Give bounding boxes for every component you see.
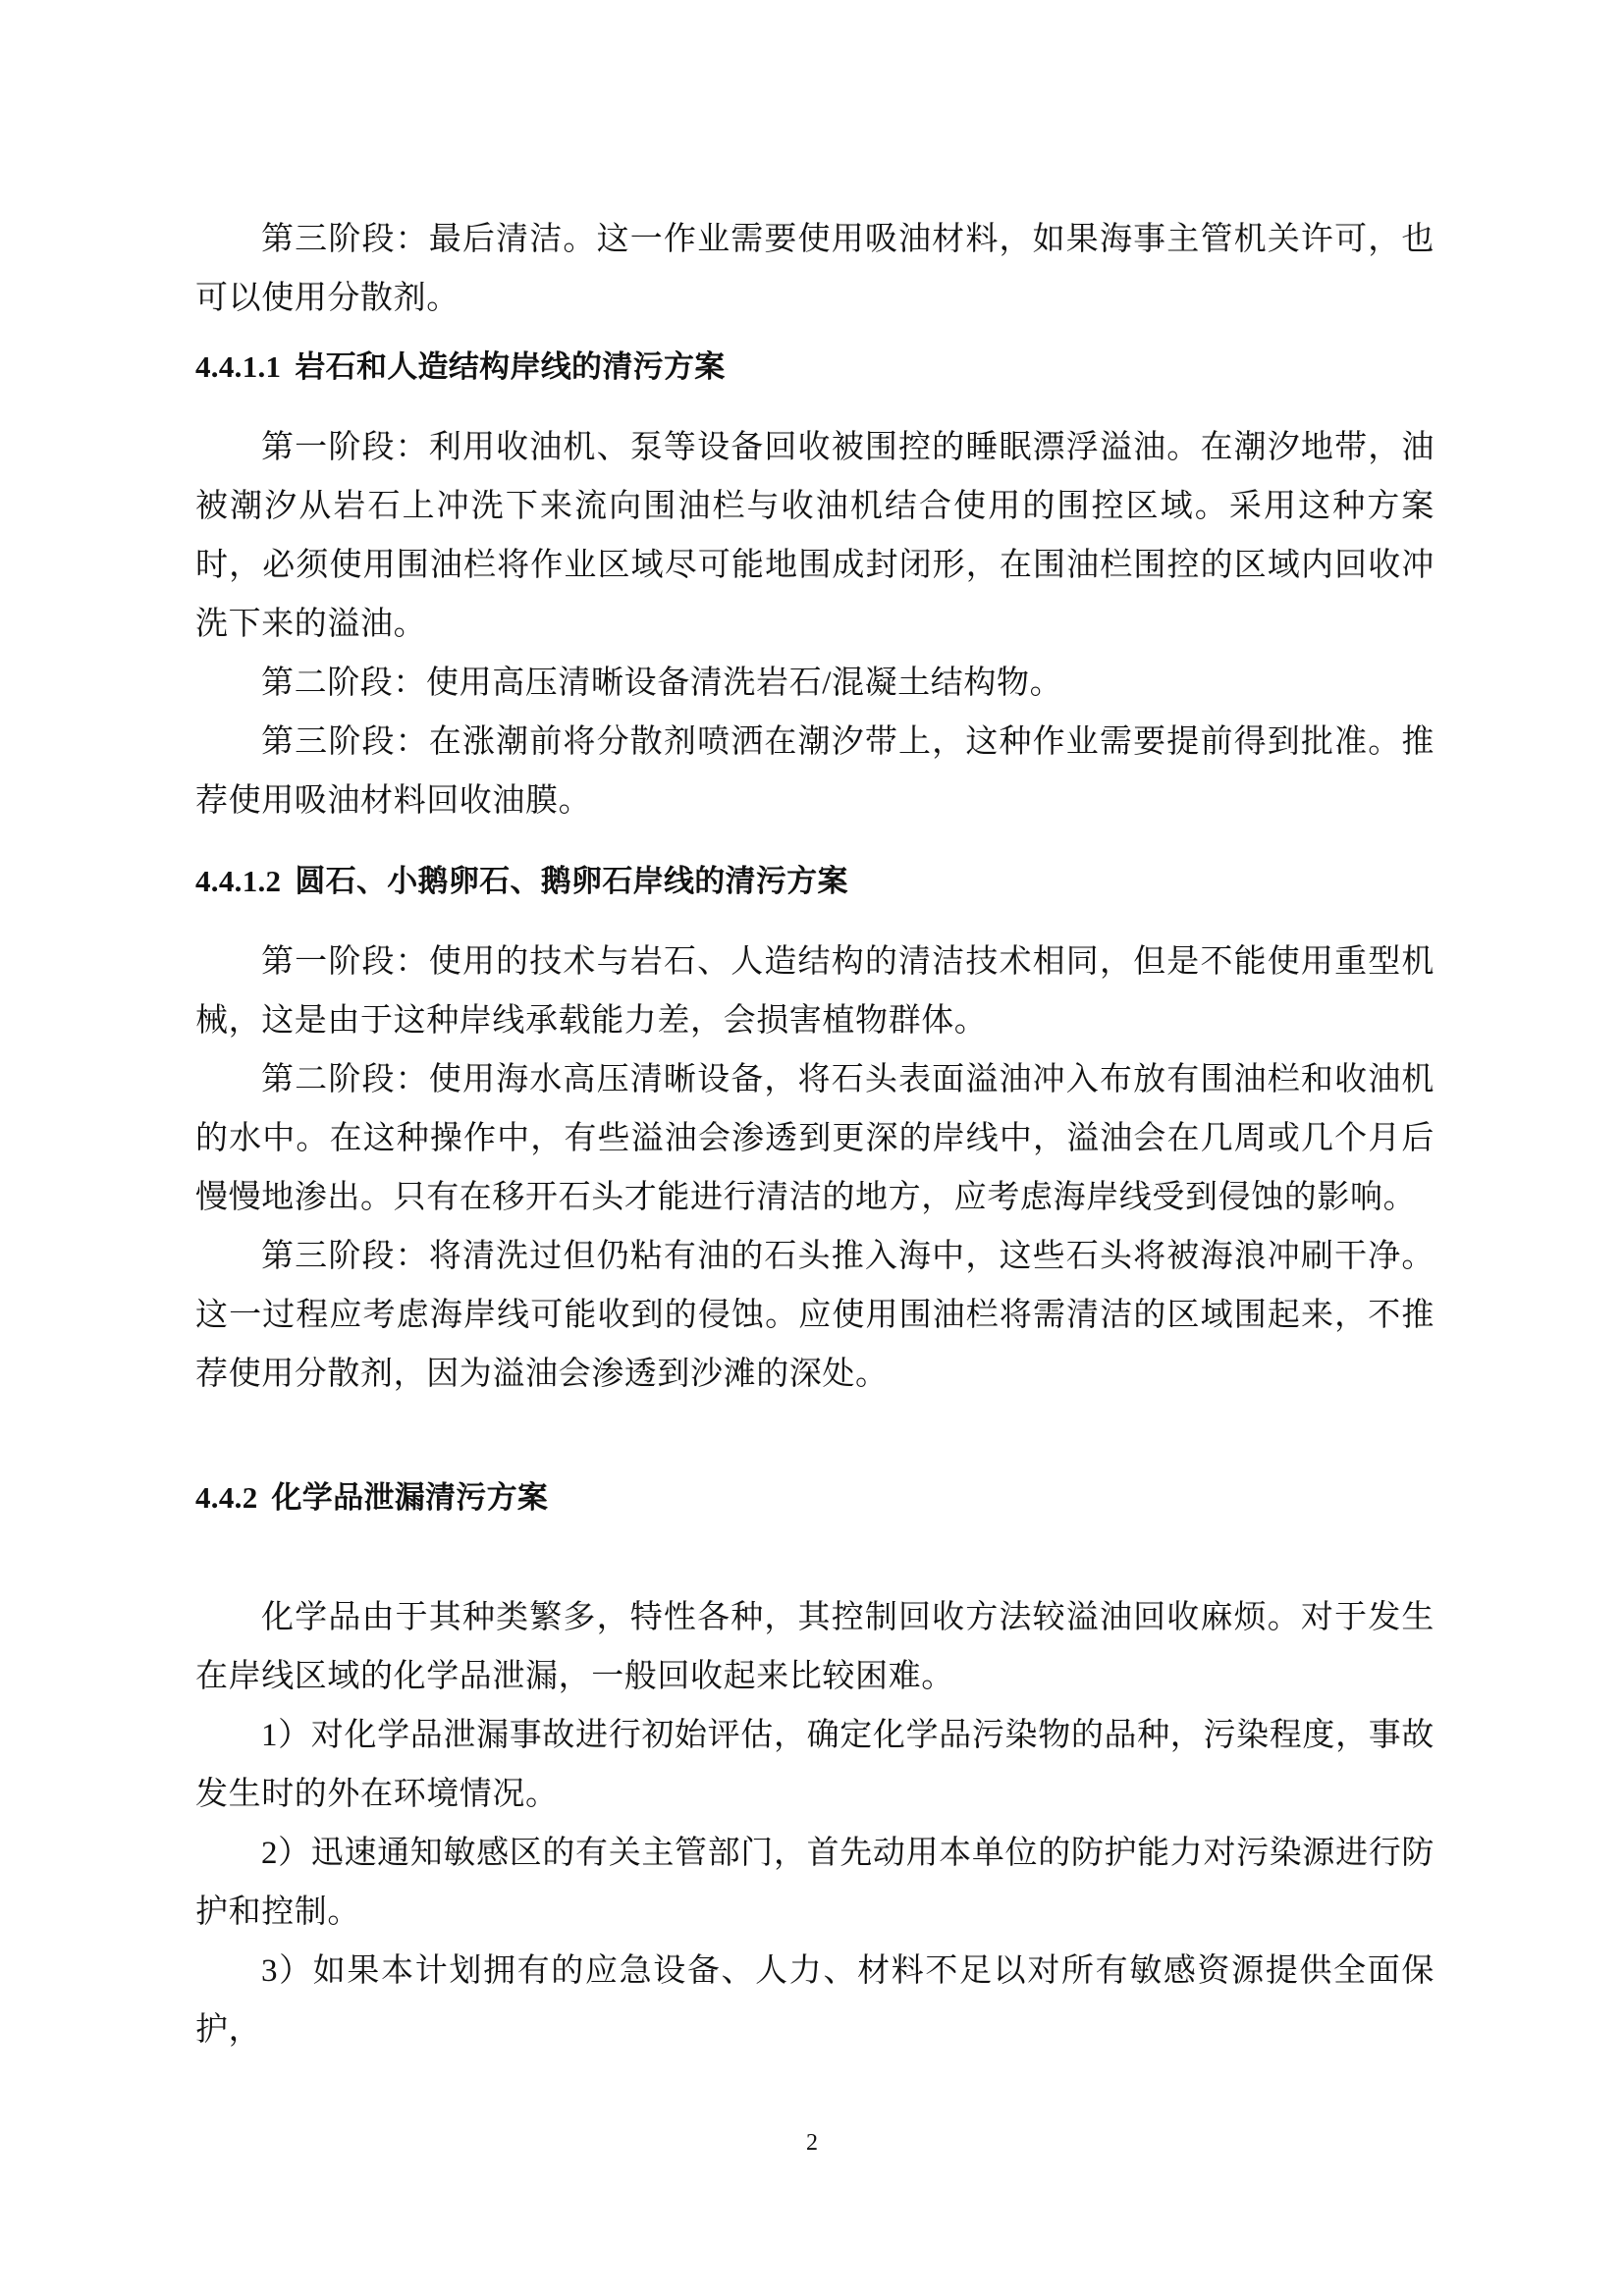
paragraph: 第三阶段：将清洗过但仍粘有油的石头推入海中，这些石头将被海浪冲刷干净。这一过程应… [195, 1227, 1435, 1404]
list-item: 1）对化学品泄漏事故进行初始评估，确定化学品污染物的品种，污染程度，事故发生时的… [195, 1706, 1435, 1824]
paragraph: 第一阶段：利用收油机、泵等设备回收被围控的睡眠漂浮溢油。在潮汐地带，油被潮汐从岩… [195, 418, 1435, 654]
section-title: 化学品泄漏清污方案 [272, 1480, 549, 1515]
list-item: 3）如果本计划拥有的应急设备、人力、材料不足以对所有敏感资源提供全面保护， [195, 1942, 1435, 2059]
section-heading: 4.4.2化学品泄漏清污方案 [195, 1468, 1435, 1527]
paragraph: 化学品由于其种类繁多，特性各种，其控制回收方法较溢油回收麻烦。对于发生在岸线区域… [195, 1588, 1435, 1706]
paragraph: 第三阶段：在涨潮前将分散剂喷洒在潮汐带上，这种作业需要提前得到批准。推荐使用吸油… [195, 713, 1435, 830]
section-heading: 4.4.1.1岩石和人造结构岸线的清污方案 [195, 338, 1435, 397]
section-number: 4.4.1.2 [195, 864, 281, 898]
section-number: 4.4.1.1 [195, 349, 281, 384]
section-title: 圆石、小鹅卵石、鹅卵石岸线的清污方案 [295, 864, 847, 898]
section-number: 4.4.2 [195, 1480, 258, 1515]
paragraph: 第二阶段：使用高压清晰设备清洗岩石/混凝土结构物。 [195, 654, 1435, 713]
section-heading: 4.4.1.2圆石、小鹅卵石、鹅卵石岸线的清污方案 [195, 852, 1435, 911]
document-page: 第三阶段：最后清洁。这一作业需要使用吸油材料，如果海事主管机关许可，也可以使用分… [0, 0, 1624, 2296]
paragraph: 第三阶段：最后清洁。这一作业需要使用吸油材料，如果海事主管机关许可，也可以使用分… [195, 210, 1435, 328]
page-number: 2 [0, 2130, 1624, 2157]
paragraph: 第二阶段：使用海水高压清晰设备，将石头表面溢油冲入布放有围油栏和收油机的水中。在… [195, 1050, 1435, 1227]
list-item: 2）迅速通知敏感区的有关主管部门，首先动用本单位的防护能力对污染源进行防护和控制… [195, 1824, 1435, 1942]
page-body: 第三阶段：最后清洁。这一作业需要使用吸油材料，如果海事主管机关许可，也可以使用分… [195, 210, 1435, 2059]
paragraph: 第一阶段：使用的技术与岩石、人造结构的清洁技术相同，但是不能使用重型机械，这是由… [195, 933, 1435, 1050]
section-title: 岩石和人造结构岸线的清污方案 [295, 349, 725, 384]
